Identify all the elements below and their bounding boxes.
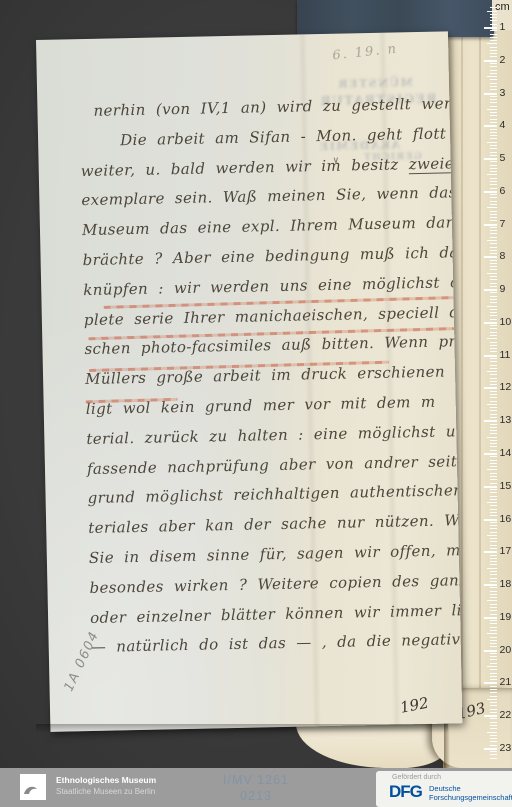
museum-logo	[20, 774, 46, 800]
funder-name: Deutsche Forschungsgemeinschaft	[429, 784, 512, 802]
letter-lines: nerhin (von IV,1 an) wird zu gestellt we…	[79, 89, 461, 663]
pencil-annotation: 6. 19. n	[332, 42, 399, 64]
funding-label: Gefördert durch	[392, 774, 441, 781]
page-edge-line	[461, 26, 463, 768]
museum-subtitle: Staatliche Museen zu Berlin	[56, 787, 155, 796]
letter-page: 6. 19. n MÜNSTERREGISTRATURAKADEMIEGERIC…	[36, 31, 462, 731]
insertion-caret: ∨	[332, 156, 339, 166]
document-id: I/MV 1261	[176, 772, 336, 788]
bleedthrough-text: MÜNSTER	[337, 76, 413, 91]
sheet-shadow	[36, 724, 448, 733]
funder-name-line1: Deutsche	[429, 784, 512, 793]
scan-page-id: 0213	[176, 788, 336, 804]
dfg-logo: DFG	[389, 782, 422, 802]
book-binding-cloth	[297, 0, 494, 37]
museum-name: Ethnologisches Museum	[56, 775, 156, 785]
page-stack-top-corner	[492, 0, 512, 30]
page-number-annotation: 192	[399, 694, 431, 717]
wave-logo-icon	[20, 774, 46, 800]
funder-name-line2: Forschungsgemeinschaft	[429, 793, 512, 802]
page-edge-line	[479, 26, 481, 768]
handwritten-line: — natürlich do ist das — , da die negati…	[90, 626, 461, 664]
document-id-block: I/MV 1261 0213	[176, 772, 336, 804]
scan-viewport: 193 6. 19. n MÜNSTERREGISTRATURAKADEMIEG…	[0, 0, 512, 807]
viewer-footer: Ethnologisches Museum Staatliche Museen …	[0, 768, 512, 807]
funder-card: Gefördert durch DFG Deutsche Forschungsg…	[376, 771, 512, 807]
